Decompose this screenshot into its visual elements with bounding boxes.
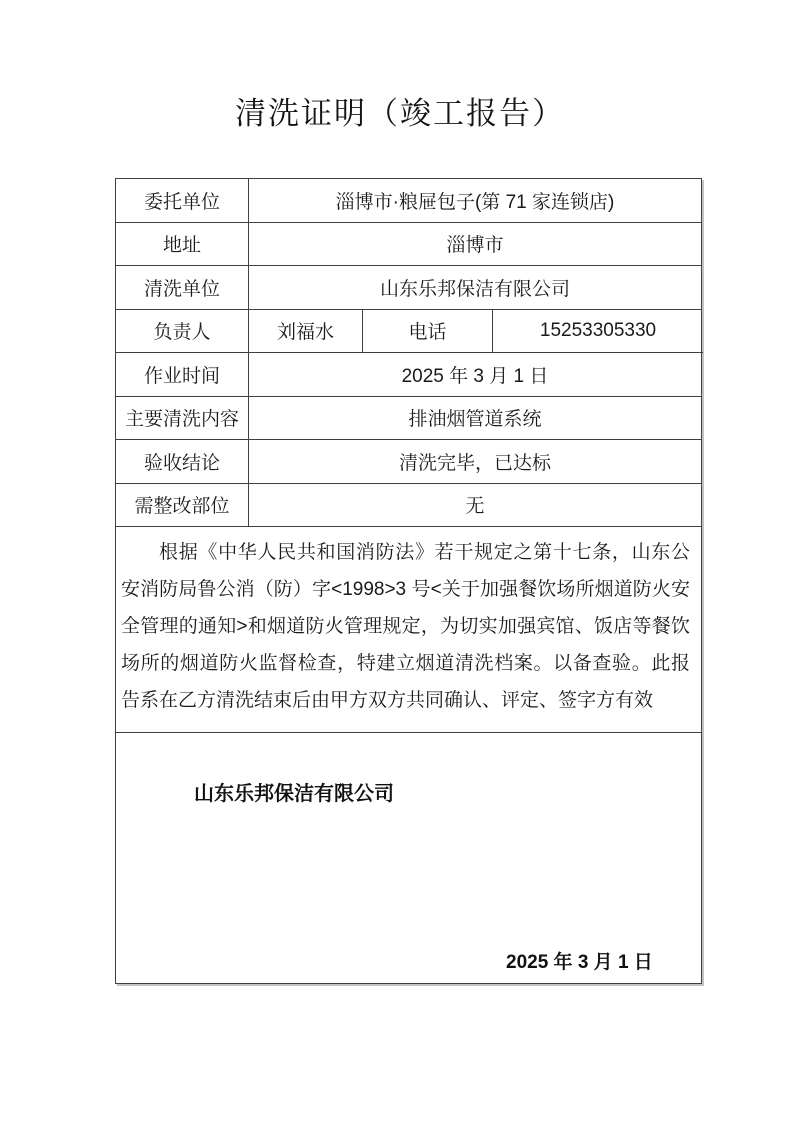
- phone-value: 15253305330: [493, 310, 703, 354]
- conclusion-value: 清洗完毕，已达标: [249, 440, 701, 484]
- table-row-client: 委托单位 淄博市·粮屉包子(第 71 家连锁店): [116, 179, 701, 223]
- manager-label: 负责人: [116, 310, 249, 354]
- cleaner-value: 山东乐邦保洁有限公司: [249, 266, 701, 310]
- client-value: 淄博市·粮屉包子(第 71 家连锁店): [249, 179, 701, 223]
- signature-block: 山东乐邦保洁有限公司 2025 年 3 月 1 日: [116, 733, 701, 983]
- content-label: 主要清洗内容: [116, 397, 249, 441]
- table-row-work-time: 作业时间 2025 年 3 月 1 日: [116, 353, 701, 397]
- table-row-content: 主要清洗内容 排油烟管道系统: [116, 397, 701, 441]
- table-row-rectify: 需整改部位 无: [116, 484, 701, 528]
- address-label: 地址: [116, 223, 249, 267]
- report-table: 委托单位 淄博市·粮屉包子(第 71 家连锁店) 地址 淄博市 清洗单位 山东乐…: [115, 178, 702, 984]
- table-row-cleaner: 清洗单位 山东乐邦保洁有限公司: [116, 266, 701, 310]
- work-time-value: 2025 年 3 月 1 日: [249, 353, 701, 397]
- regulation-notice: 根据《中华人民共和国消防法》若干规定之第十七条，山东公安消防局鲁公消（防）字<1…: [116, 527, 701, 733]
- signature-company: 山东乐邦保洁有限公司: [194, 777, 394, 806]
- rectify-label: 需整改部位: [116, 484, 249, 528]
- table-row-address: 地址 淄博市: [116, 223, 701, 267]
- cleaner-label: 清洗单位: [116, 266, 249, 310]
- address-value: 淄博市: [249, 223, 701, 267]
- signature-date: 2025 年 3 月 1 日: [506, 947, 653, 974]
- phone-label: 电话: [363, 310, 493, 354]
- table-row-manager: 负责人 刘福水 电话 15253305330: [116, 310, 701, 354]
- content-value: 排油烟管道系统: [249, 397, 701, 441]
- client-label: 委托单位: [116, 179, 249, 223]
- page-title: 清洗证明（竣工报告）: [0, 0, 800, 135]
- work-time-label: 作业时间: [116, 353, 249, 397]
- document-page: 清洗证明（竣工报告） 委托单位 淄博市·粮屉包子(第 71 家连锁店) 地址 淄…: [0, 0, 800, 1131]
- manager-value: 刘福水: [249, 310, 363, 354]
- table-row-conclusion: 验收结论 清洗完毕，已达标: [116, 440, 701, 484]
- conclusion-label: 验收结论: [116, 440, 249, 484]
- rectify-value: 无: [249, 484, 701, 528]
